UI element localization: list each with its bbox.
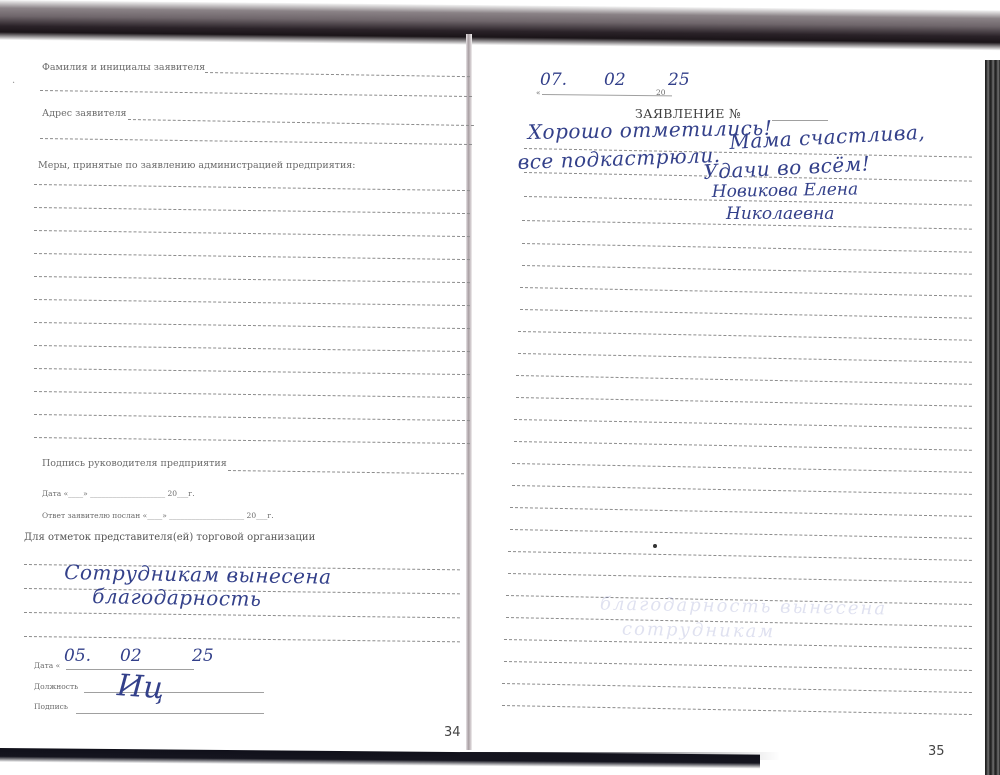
position-line xyxy=(84,692,264,693)
handwritten-signature: Иц xyxy=(116,668,165,706)
ruled-line xyxy=(34,184,470,191)
ruled-line xyxy=(34,391,470,398)
ruled-line xyxy=(514,441,972,451)
page-stack-edge xyxy=(985,60,1000,775)
ruled-line xyxy=(24,612,460,618)
ruled-line xyxy=(34,276,470,283)
page-number-left: 34 xyxy=(444,725,461,740)
right-page: « 07. 02 20 25 ЗАЯВЛЕНИЕ № Хорошо отмети… xyxy=(472,0,985,775)
handwritten-note-line2: благодарность xyxy=(92,584,262,611)
applicant-address-line-2 xyxy=(40,138,472,145)
ruled-line xyxy=(508,573,972,583)
handwritten-date-day: 05. xyxy=(64,646,91,666)
ruled-line xyxy=(34,414,470,421)
ruled-line xyxy=(520,309,972,319)
ruled-line xyxy=(514,419,972,429)
reply-sent-field: Ответ заявителю послан «____» __________… xyxy=(42,511,274,520)
handwritten-date-month: 02 xyxy=(604,70,626,90)
ink-speck xyxy=(653,544,657,548)
punch-mark: · xyxy=(12,78,15,89)
manager-signature-line xyxy=(228,470,464,474)
bottom-date-label: Дата « xyxy=(34,661,60,670)
applicant-name-label: Фамилия и инициалы заявителя xyxy=(42,62,205,73)
ruled-line xyxy=(34,322,470,329)
ruled-line xyxy=(518,331,972,341)
ruled-line xyxy=(510,529,972,539)
ruled-line xyxy=(34,207,470,214)
applicant-name-line-2 xyxy=(40,90,472,97)
ruled-line xyxy=(502,705,972,715)
signature-line xyxy=(76,713,264,714)
bleed-through-text-1: благодарность вынесена xyxy=(600,593,887,619)
ruled-line xyxy=(34,368,470,375)
manager-signature-label: Подпись руководителя предприятия xyxy=(42,458,227,469)
ruled-line xyxy=(34,230,470,237)
handwritten-date-day: 07. xyxy=(540,70,567,90)
applicant-address-line xyxy=(128,119,474,126)
bleed-through-text-2: сотрудникам xyxy=(622,619,776,643)
ruled-line xyxy=(504,661,972,671)
ruled-line xyxy=(34,437,470,444)
ruled-line xyxy=(516,375,972,385)
measures-label: Меры, принятые по заявлению администраци… xyxy=(38,160,355,171)
signature-label: Подпись xyxy=(34,702,68,711)
statement-number-line xyxy=(772,120,828,121)
ruled-line xyxy=(522,243,972,253)
handwritten-date-year: 25 xyxy=(192,646,214,666)
ruled-line xyxy=(510,507,972,517)
handwritten-date-month: 02 xyxy=(120,646,142,666)
applicant-name-line xyxy=(205,72,470,77)
ruled-line xyxy=(512,463,972,473)
handwritten-signature-line2: Николаевна xyxy=(726,204,834,224)
ruled-line xyxy=(24,636,460,642)
ruled-line xyxy=(516,397,972,407)
ruled-line xyxy=(520,287,972,297)
ruled-line xyxy=(522,265,972,275)
date-field: Дата «____» ____________________ 20___г. xyxy=(42,489,195,498)
ruled-line xyxy=(518,353,972,363)
ruled-line xyxy=(34,299,470,306)
handwritten-date-year: 25 xyxy=(668,70,690,90)
ruled-line xyxy=(34,345,470,352)
year-prefix: 20 xyxy=(656,88,666,97)
page-number-right: 35 xyxy=(928,744,945,759)
date-line xyxy=(542,94,672,96)
ruled-line xyxy=(502,683,972,693)
ruled-line xyxy=(508,551,972,561)
ruled-line xyxy=(512,485,972,495)
position-label: Должность xyxy=(34,682,78,691)
handwritten-signature-line1: Новикова Елена xyxy=(712,179,859,202)
applicant-address-label: Адрес заявителя xyxy=(42,108,127,119)
ruled-line xyxy=(34,253,470,260)
representatives-label: Для отметок представителя(ей) торговой о… xyxy=(24,532,315,543)
left-page: · Фамилия и инициалы заявителя Адрес зая… xyxy=(0,0,466,775)
